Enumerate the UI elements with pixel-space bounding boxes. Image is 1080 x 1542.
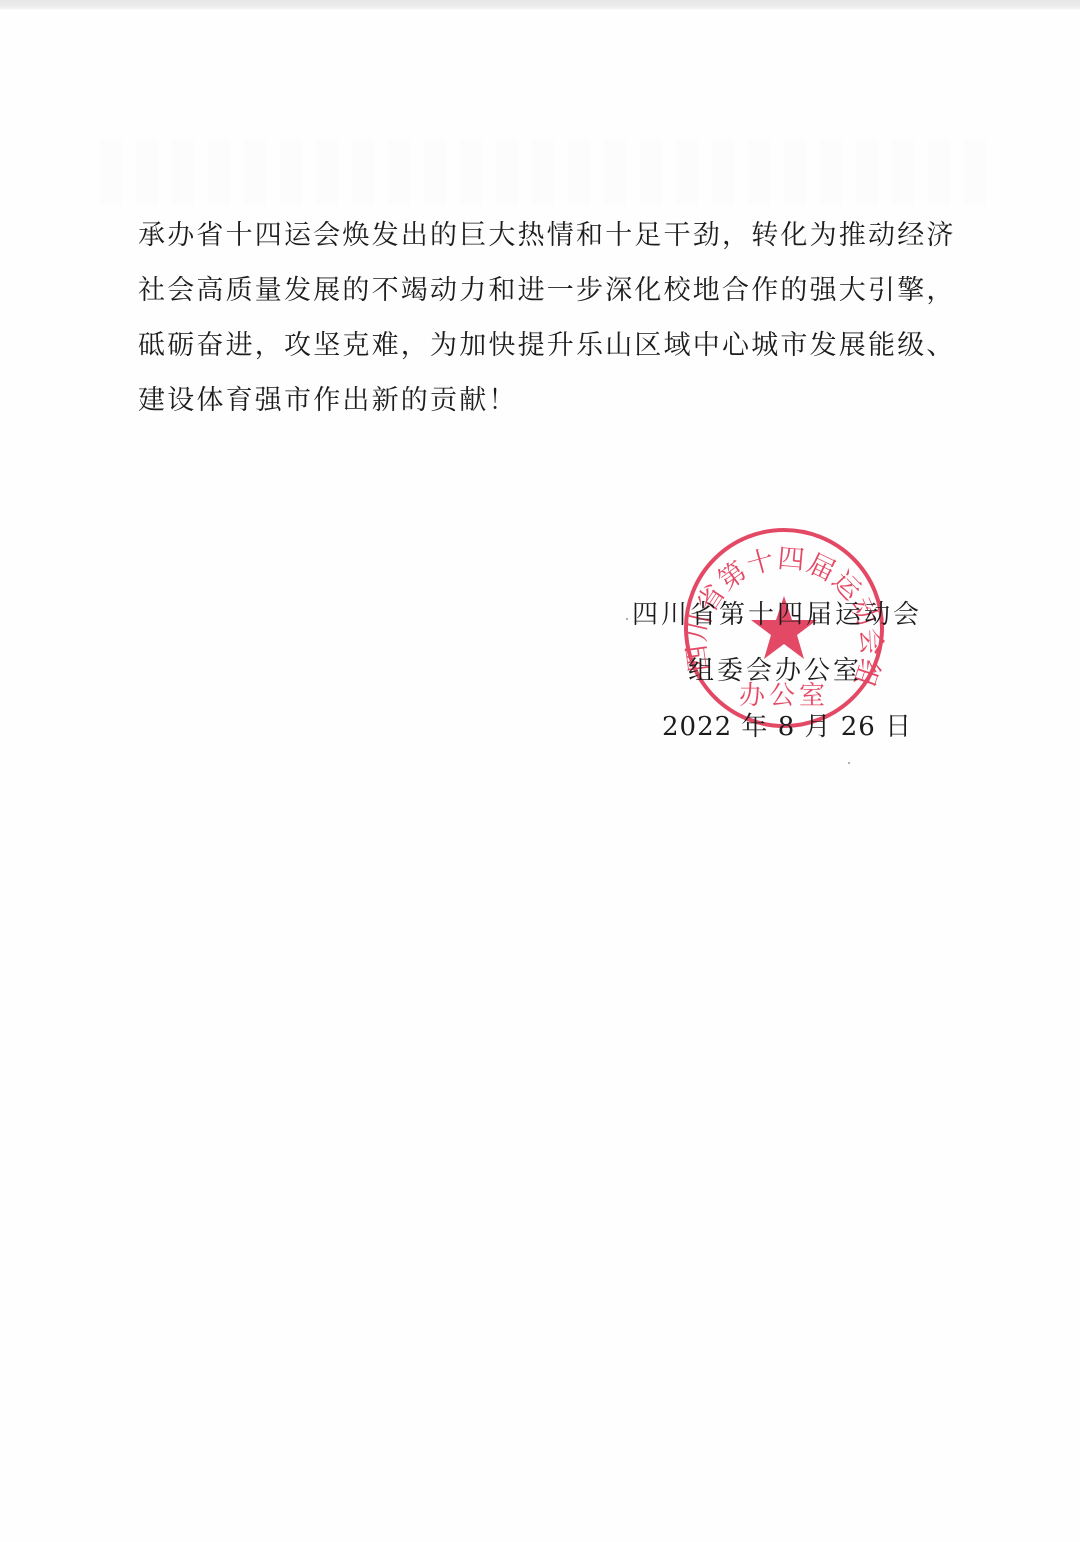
signature-date: 2022 年 8 月 26 日 bbox=[662, 706, 912, 743]
scan-speck bbox=[848, 762, 850, 764]
body-line: 社会高质量发展的不竭动力和进一步深化校地合作的强大引擎， bbox=[138, 263, 950, 318]
body-line: 建设体育强市作出新的贡献！ bbox=[138, 373, 950, 428]
document-body: 承办省十四运会焕发出的巨大热情和十足干劲，转化为推动经济 社会高质量发展的不竭动… bbox=[138, 208, 950, 428]
signature-org-line1: 四川省第十四届运动会 bbox=[632, 594, 922, 631]
signature-org-line2: 组委会办公室 bbox=[688, 650, 862, 687]
faint-show-through bbox=[100, 140, 990, 205]
body-line: 砥砺奋进，攻坚克难，为加快提升乐山区域中心城市发展能级、 bbox=[138, 318, 950, 373]
body-line: 承办省十四运会焕发出的巨大热情和十足干劲，转化为推动经济 bbox=[138, 208, 950, 263]
top-edge-strip bbox=[0, 0, 1080, 10]
scan-speck bbox=[626, 618, 628, 620]
